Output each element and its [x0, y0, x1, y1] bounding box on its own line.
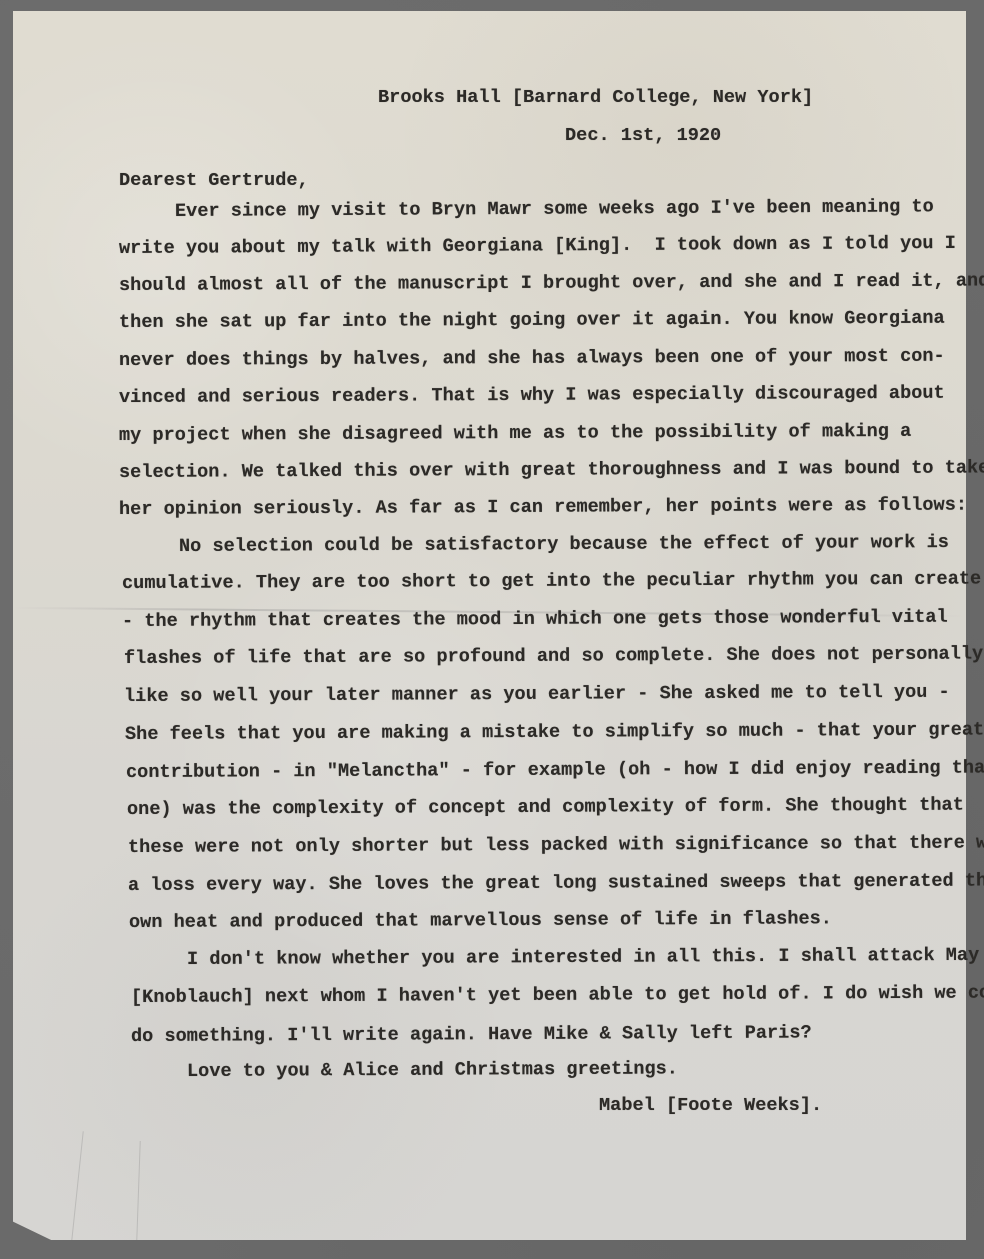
paper-crease	[136, 1141, 140, 1241]
body-line: contribution - in "Melanctha" - for exam…	[126, 759, 984, 782]
body-line: like so well your later manner as you ea…	[124, 684, 950, 707]
letter-salutation: Dearest Gertrude,	[119, 172, 309, 191]
body-line: No selection could be satisfactory becau…	[179, 534, 949, 557]
body-line: flashes of life that are so profound and…	[124, 646, 983, 669]
body-line: her opinion seriously. As far as I can r…	[119, 497, 967, 520]
letter-signature: Mabel [Foote Weeks].	[599, 1097, 822, 1116]
body-line: [Knoblauch] next whom I haven't yet been…	[131, 984, 984, 1007]
paper-crease	[71, 1131, 83, 1241]
body-line: She feels that you are making a mistake …	[125, 722, 984, 745]
body-line: I don't know whether you are interested …	[187, 947, 979, 970]
body-line: should almost all of the manuscript I br…	[119, 272, 984, 295]
body-line: cumulative. They are too short to get in…	[122, 571, 981, 594]
body-line: my project when she disagreed with me as…	[119, 423, 911, 446]
body-line: Love to you & Alice and Christmas greeti…	[187, 1060, 678, 1081]
body-line: never does things by halves, and she has…	[119, 348, 945, 371]
body-line: selection. We talked this over with grea…	[119, 459, 984, 482]
body-line: own heat and produced that marvellous se…	[129, 910, 832, 932]
body-line: these were not only shorter but less pac…	[128, 834, 984, 857]
body-line: a loss every way. She loves the great lo…	[128, 872, 984, 895]
letter-address: Brooks Hall [Barnard College, New York]	[378, 89, 813, 108]
body-line: one) was the complexity of concept and c…	[127, 797, 964, 820]
body-line: - the rhythm that creates the mood in wh…	[122, 609, 948, 632]
letter-date: Dec. 1st, 1920	[565, 127, 721, 146]
body-line: then she sat up far into the night going…	[119, 310, 945, 333]
body-line: do something. I'll write again. Have Mik…	[131, 1024, 812, 1046]
ink-dot	[780, 1103, 783, 1106]
body-line: vinced and serious readers. That is why …	[119, 385, 945, 408]
